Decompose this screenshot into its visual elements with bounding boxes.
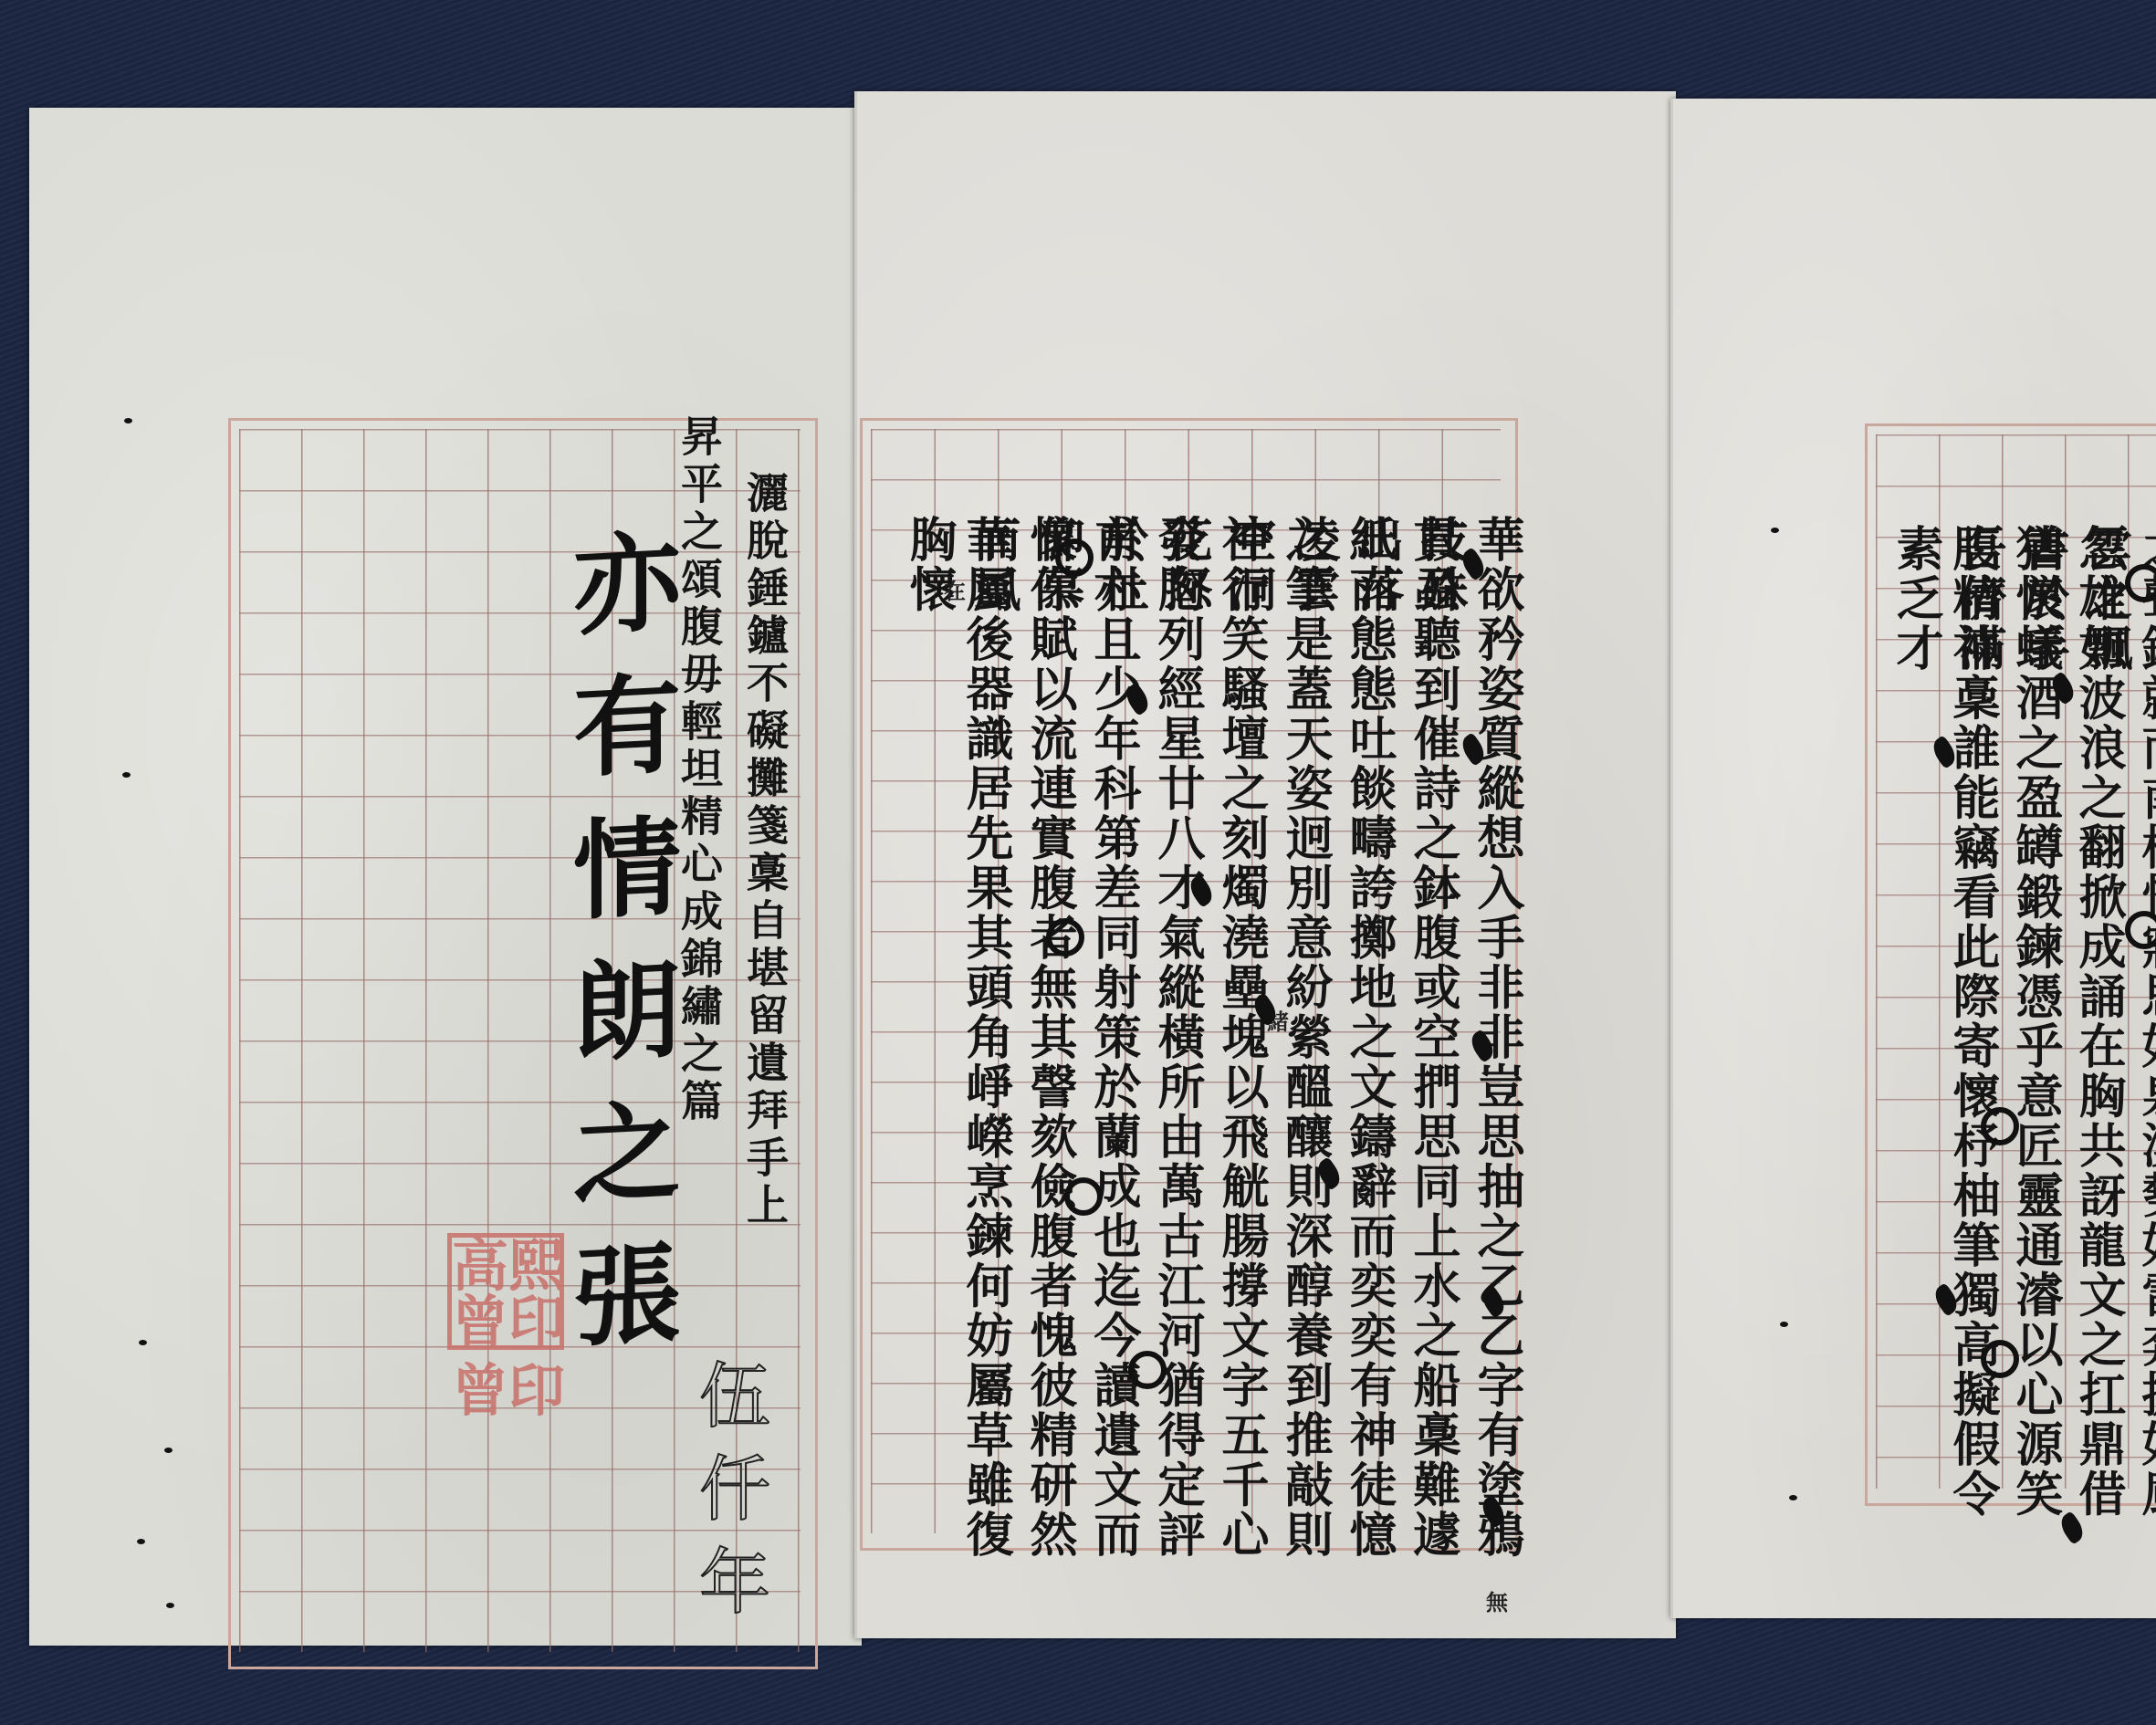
right-text-column-4: 腹精神稾誰能竊看此際寄懷杼柚筆獨高擬假令素乏才 — [1887, 524, 2000, 1546]
circle-mark — [1055, 538, 1094, 577]
seal-char: 印 — [508, 1294, 565, 1351]
wormhole — [1780, 1322, 1788, 1327]
circle-mark — [1128, 1351, 1167, 1389]
page-fold — [854, 91, 857, 1638]
wormhole — [1789, 1495, 1797, 1500]
circle-mark — [1046, 918, 1084, 957]
middle-leaf: 華欲矜姿質縱想入手非非豈思抽之乙乙字有塗鴉技殊 貫蝨聽到催詩之鉢腹或空捫思同上水… — [854, 91, 1676, 1638]
seal-char: 曾 — [452, 1363, 508, 1419]
seal-char: 印 — [508, 1363, 565, 1419]
marginal-note: 無 — [1486, 1584, 1508, 1616]
wormhole — [137, 1539, 145, 1544]
circle-mark — [1981, 1340, 2019, 1378]
circle-mark — [2125, 911, 2156, 949]
marginal-note: 在 — [944, 573, 966, 605]
wormhole — [122, 772, 131, 778]
seal-char: 高 — [452, 1238, 508, 1294]
wormhole — [164, 1448, 173, 1453]
seal-char: 曾 — [452, 1294, 508, 1351]
wormhole — [1771, 528, 1779, 533]
wormhole — [124, 418, 132, 423]
red-seal-lower: 曾 印 — [447, 1358, 564, 1475]
annotation-outline-text: 伍仟年 — [677, 1358, 780, 1650]
right-leaf: 之聲鍊就而南柯恰寤思如泉湧勢如雷奔捷如風雲之飄 忽雄如波浪之翻掀成誦在胸共訝龍文… — [1670, 99, 2156, 1618]
wormhole — [139, 1340, 147, 1345]
red-seal-upper: 高 熙 曾 印 — [447, 1233, 564, 1350]
page-fold — [1670, 99, 1673, 1618]
middle-text-column-9: 華屬後器識居先果其頭角崢嶸烹鍊何妨屬草雖復胸懷 — [900, 515, 1013, 1601]
circle-mark — [2125, 564, 2156, 602]
left-leaf: 灑脫錘鑪不礙攤箋稾自堪留遺拜手上 昇平之頌腹毋輕坦精心成錦繡之篇 亦有情朗之張 … — [29, 108, 862, 1646]
circle-mark — [1981, 1107, 2019, 1145]
seal-char: 熙 — [508, 1238, 565, 1294]
circle-mark — [1064, 1177, 1103, 1216]
wormhole — [166, 1603, 174, 1608]
